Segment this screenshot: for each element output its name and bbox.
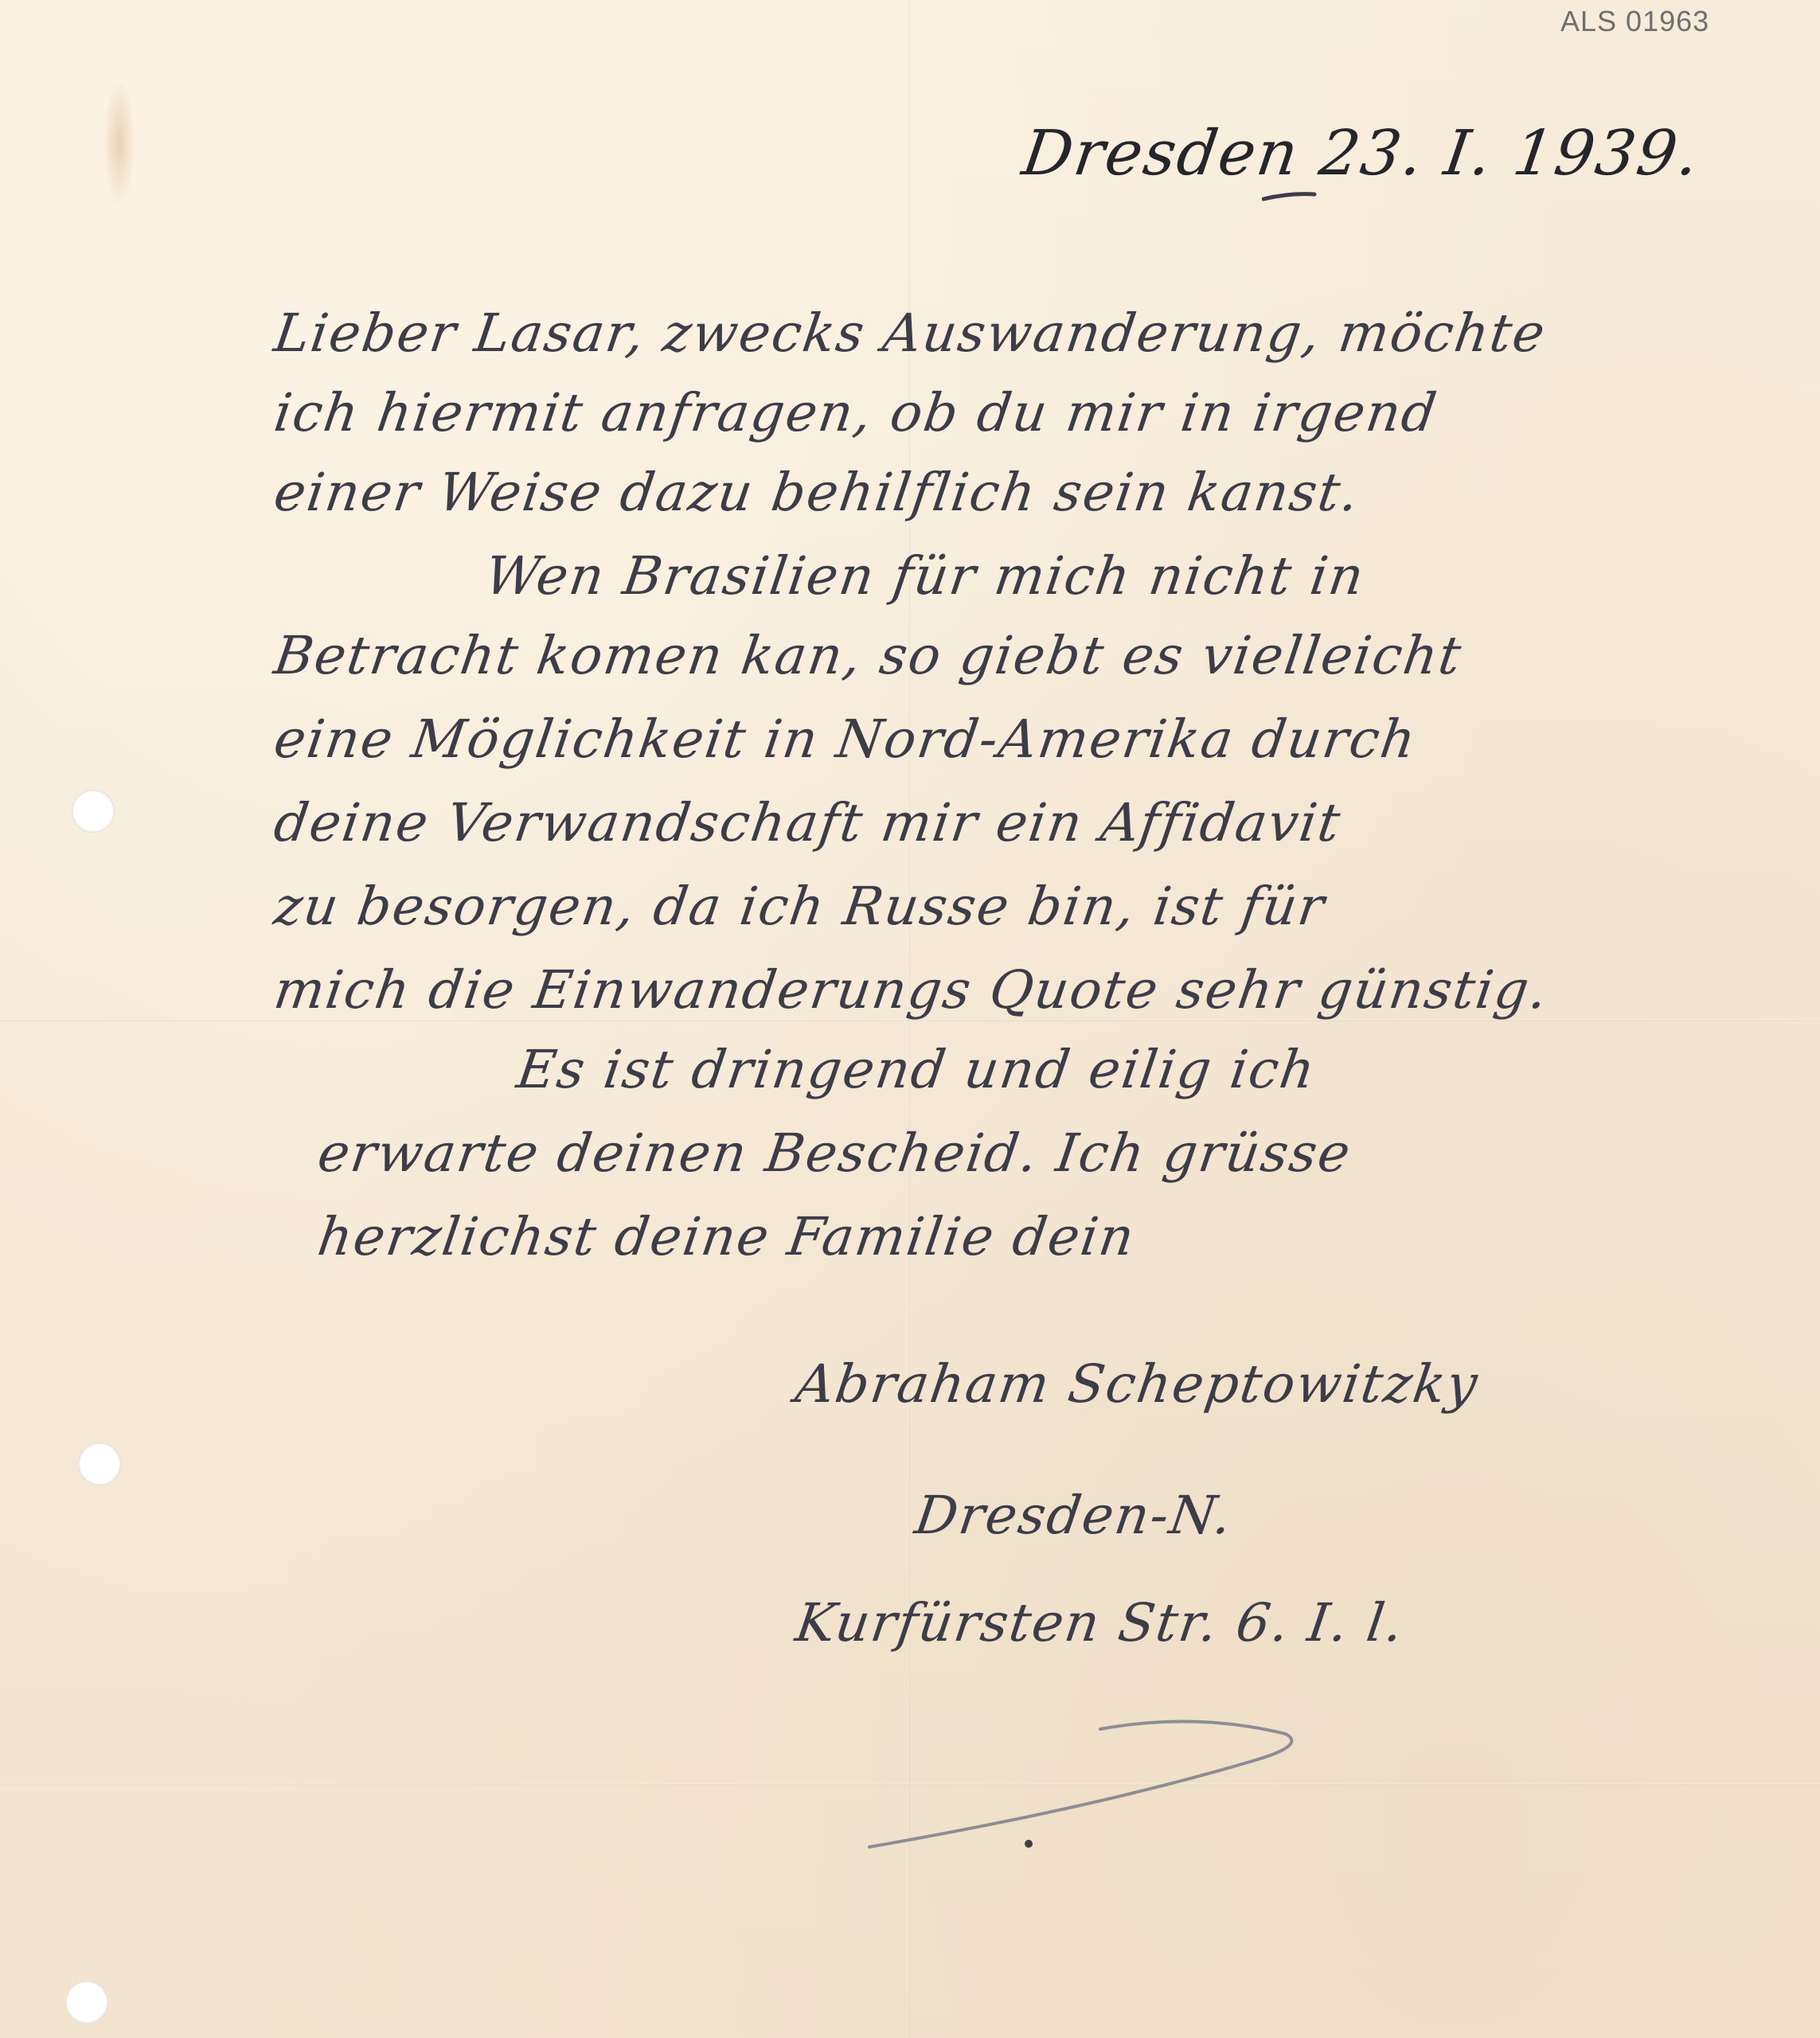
letter-line: deine Verwandschaft mir ein Affidavit <box>271 792 1345 853</box>
letter-line: mich die Einwanderungs Quote sehr günsti… <box>271 959 1552 1021</box>
signature-flourish <box>860 1696 1306 1855</box>
signature-address: Kurfürsten Str. 6. I. l. <box>792 1592 1408 1653</box>
signature-city: Dresden-N. <box>912 1485 1237 1546</box>
letter-line: Betracht komen kan, so giebt es vielleic… <box>271 625 1467 686</box>
paper-stain <box>103 80 135 207</box>
punch-hole-icon <box>65 1981 108 2024</box>
date-underline <box>1262 189 1318 202</box>
letter-line: Es ist dringend und eilig ich <box>514 1039 1320 1100</box>
letter-line: eine Möglichkeit in Nord-Amerika durch <box>271 709 1421 770</box>
letter-line: herzlichst deine Familie dein <box>314 1206 1139 1267</box>
signature-name: Abraham Scheptowitzky <box>792 1353 1482 1415</box>
letter-line: ich hiermit anfragen, ob du mir in irgen… <box>271 382 1442 443</box>
letter-line: zu besorgen, da ich Russe bin, ist für <box>271 876 1330 937</box>
punch-hole-icon <box>78 1443 121 1486</box>
letter-line: Lieber Lasar, zwecks Auswanderung, möcht… <box>271 303 1550 364</box>
letter-line: einer Weise dazu behilflich sein kanst. <box>271 462 1364 523</box>
letter-line: erwarte deinen Bescheid. Ich grüsse <box>314 1122 1356 1184</box>
punch-hole-icon <box>72 790 115 833</box>
letter-paper: ALS 01963 Dresden 23. I. 1939. Lieber La… <box>0 0 1820 2038</box>
archive-id: ALS 01963 <box>1560 5 1709 38</box>
place-date: Dresden 23. I. 1939. <box>1018 118 1705 189</box>
letter-line: Wen Brasilien für mich nicht in <box>482 545 1369 607</box>
